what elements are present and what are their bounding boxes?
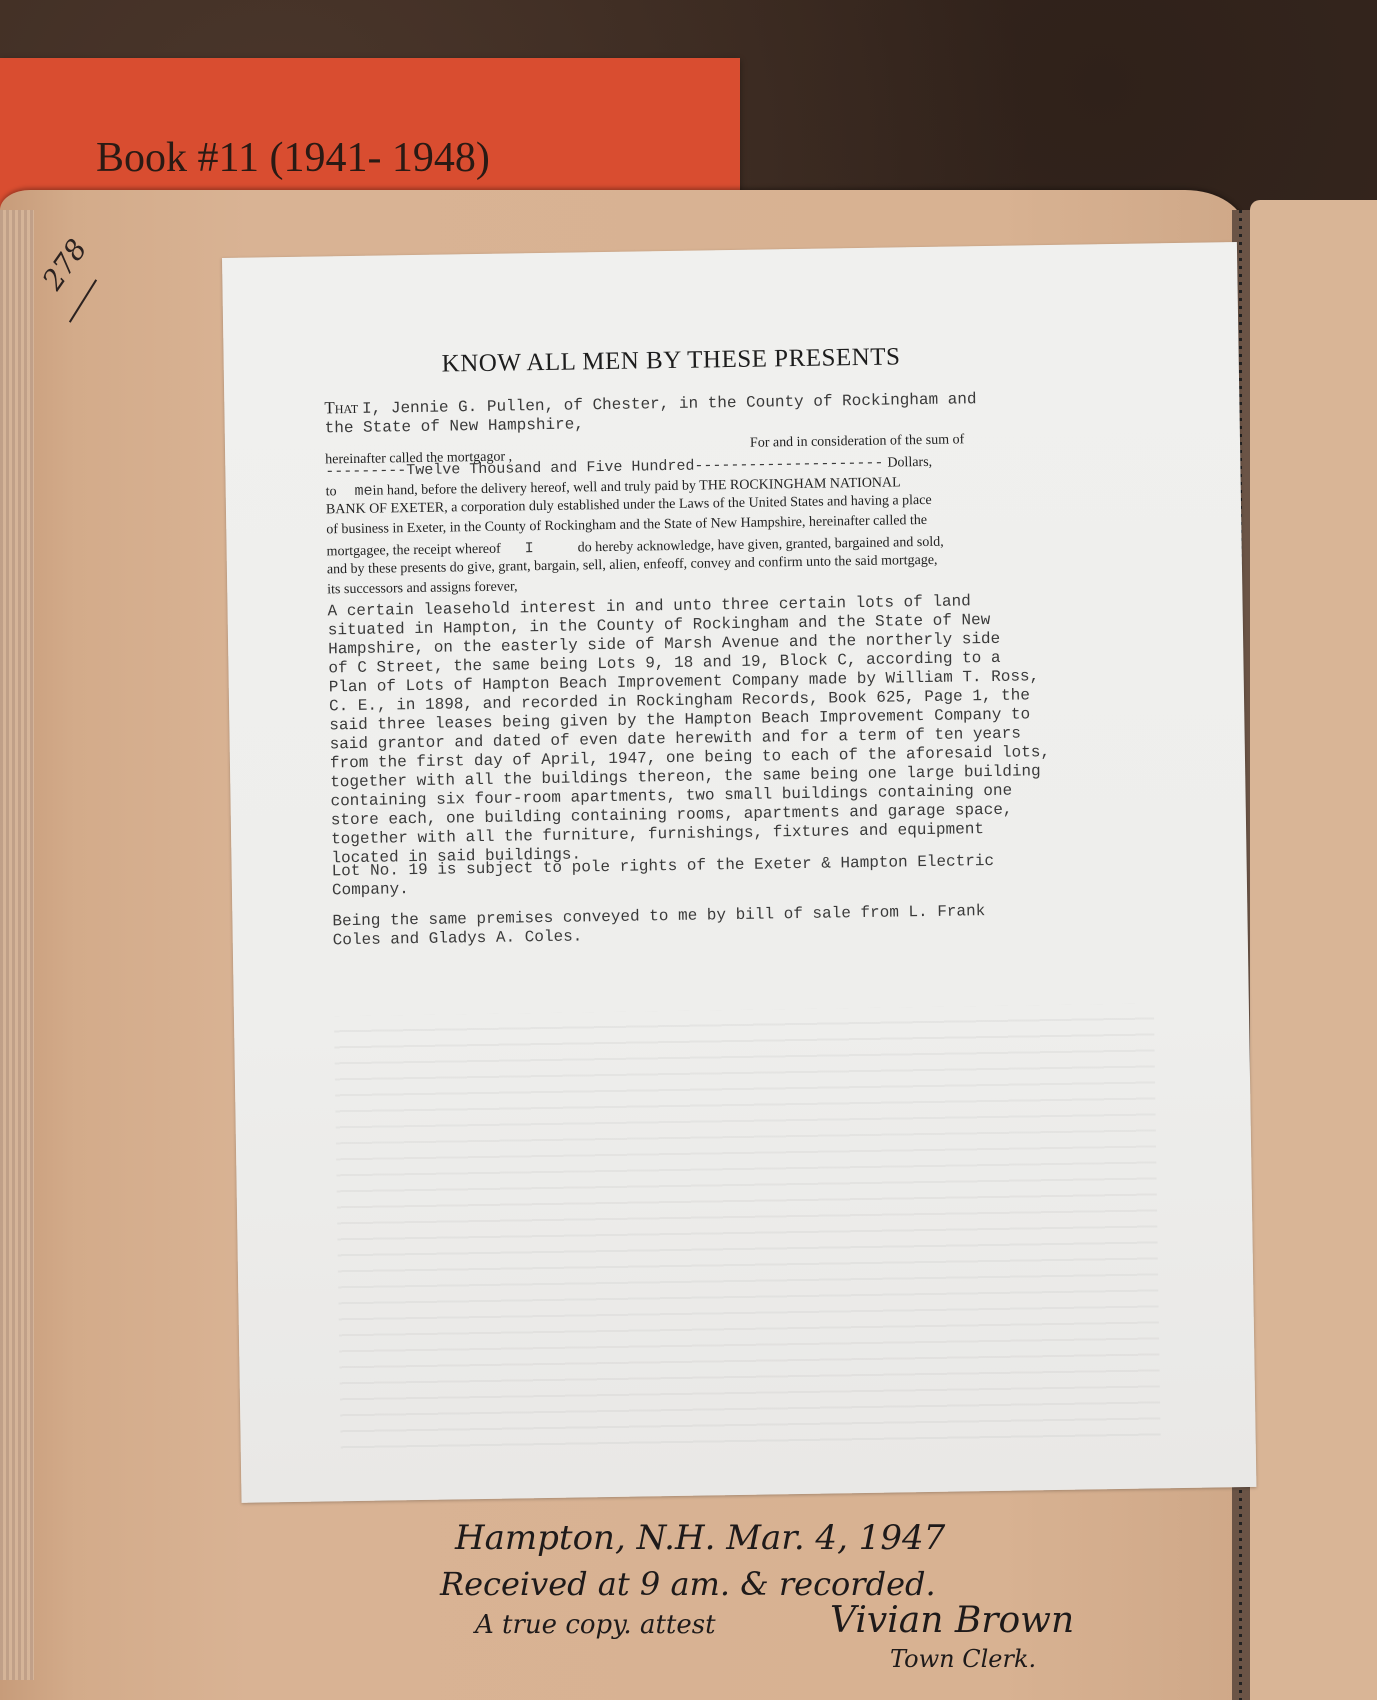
- premises-line: Coles and Gladys A. Coles.: [333, 927, 583, 949]
- clerk-title: Town Clerk.: [890, 1645, 1036, 1673]
- that-label: That: [324, 398, 358, 418]
- reverse-side-bleed-through: [334, 1003, 1161, 1456]
- assigns-line: its successors and assigns forever,: [327, 579, 518, 598]
- recording-note-line-2: Received at 9 am. & recorded.: [440, 1565, 936, 1603]
- premises-line: Being the same premises conveyed to me b…: [332, 902, 985, 930]
- receipt-suffix: do hereby acknowledge, have given, grant…: [578, 535, 944, 556]
- book-right-page: [1250, 200, 1377, 1700]
- receipt-prefix: mortgagee, the receipt whereof: [327, 542, 501, 560]
- recording-note-line-3: A true copy. attest: [475, 1610, 716, 1640]
- grantor-text-1: I, Jennie G. Pullen, of Chester, in the …: [362, 390, 977, 418]
- book-page-edges: [0, 210, 34, 1680]
- to-label: to: [326, 484, 337, 499]
- mortgage-deed: KNOW ALL MEN BY THESE PRESENTS That I, J…: [222, 242, 1256, 1503]
- to-whom: me: [354, 483, 372, 500]
- dollars-label: Dollars,: [887, 455, 932, 471]
- document-heading: KNOW ALL MEN BY THESE PRESENTS: [441, 343, 900, 378]
- folder-title: Book #11 (1941- 1948): [96, 134, 490, 182]
- consideration-label: For and in consideration of the sum of: [750, 432, 964, 451]
- clerk-signature: Vivian Brown: [830, 1600, 1074, 1641]
- grantor-line-2: the State of New Hampshire,: [325, 415, 585, 437]
- pole-rights-line: Company.: [332, 880, 409, 899]
- receipt-who: I: [525, 540, 534, 557]
- recording-note-line-1: Hampton, N.H. Mar. 4, 1947: [455, 1518, 945, 1558]
- grantor-line-1: That I, Jennie G. Pullen, of Chester, in…: [324, 388, 976, 418]
